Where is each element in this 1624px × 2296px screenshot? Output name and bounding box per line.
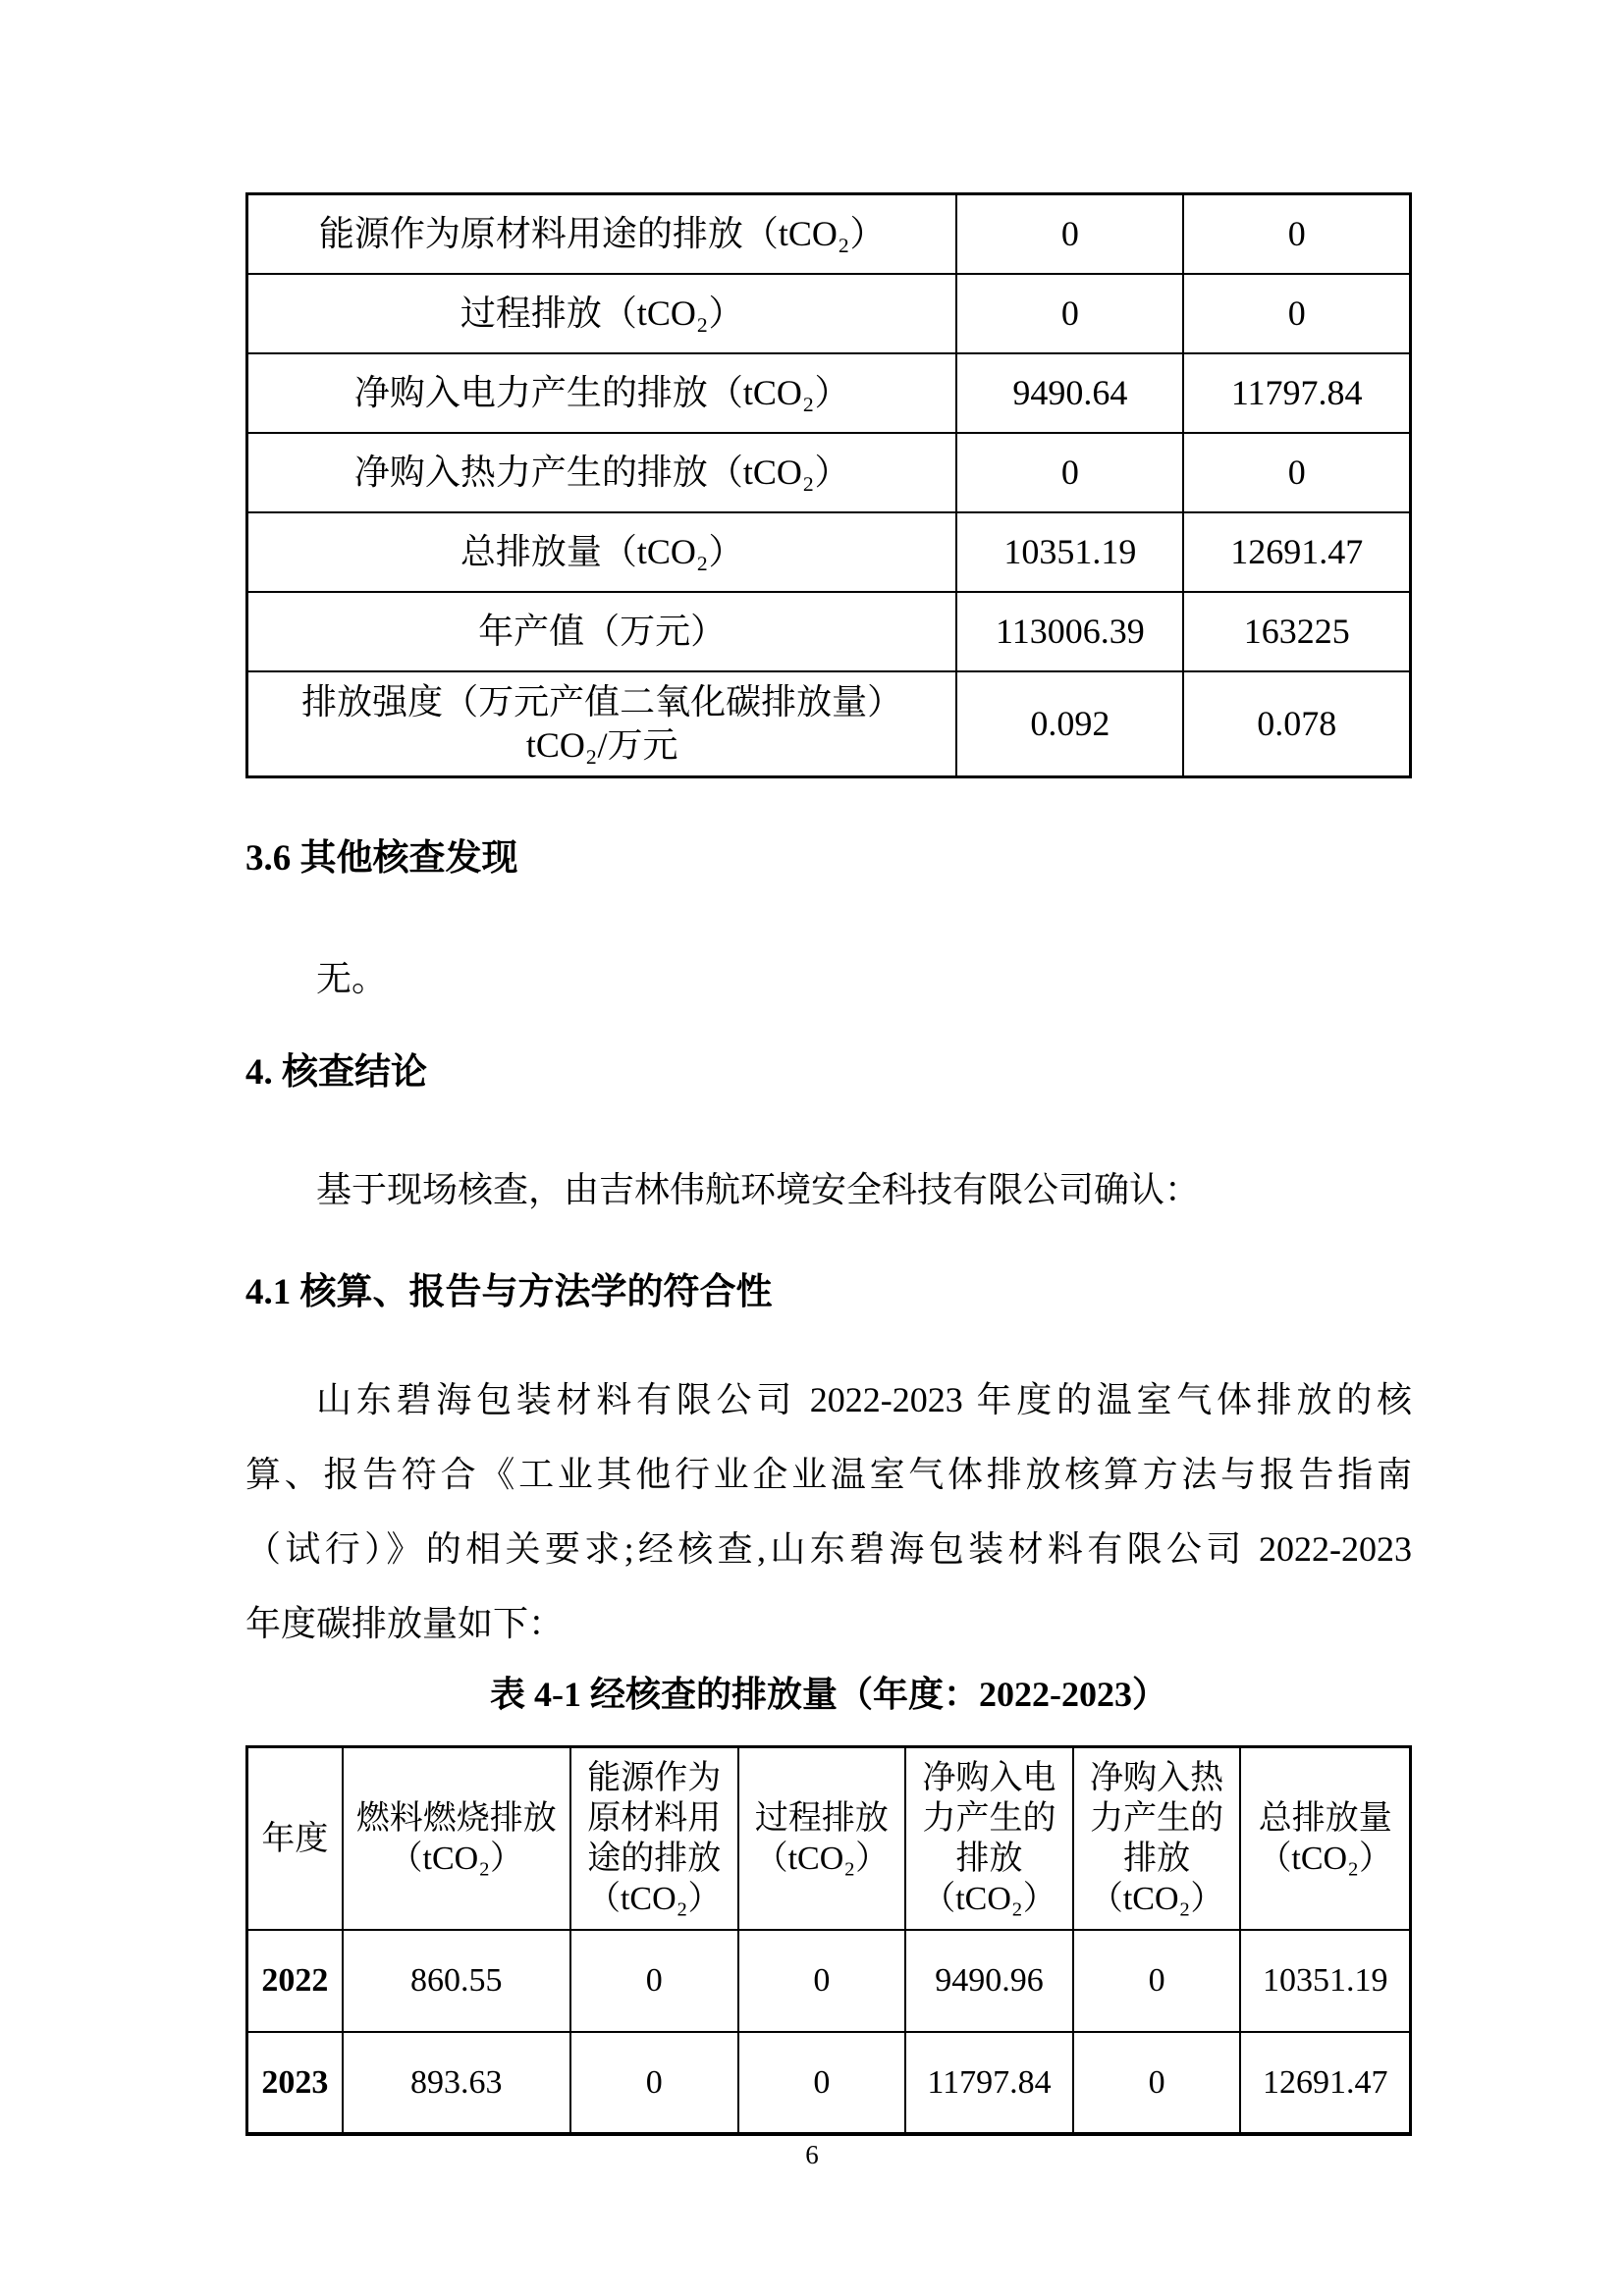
heading-3-6: 3.6 其他核查发现 [245,835,1412,882]
value-col1: 9490.64 [956,353,1183,433]
table-row: 排放强度（万元产值二氧化碳排放量） tCO₂/万元 0.092 0.078 [247,671,1411,777]
value-col2: 11797.84 [1183,353,1410,433]
row-label: 净购入电力产生的排放（tCO₂） [247,353,957,433]
header-energy-as-material: 能源作为原材料用途的排放（tCO₂） [570,1747,738,1931]
header-process-emission: 过程排放（tCO₂） [738,1747,906,1931]
year-cell: 2023 [247,2032,343,2134]
table-row: 过程排放（tCO₂） 0 0 [247,274,1411,353]
value-col1: 0 [956,274,1183,353]
value-cell: 0 [738,2032,906,2134]
header-fuel-combustion: 燃料燃烧排放（tCO₂） [343,1747,570,1931]
value-cell: 11797.84 [905,2032,1073,2134]
value-col2: 0 [1183,433,1410,512]
emissions-summary-table: 能源作为原材料用途的排放（tCO₂） 0 0 过程排放（tCO₂） 0 0 净购… [245,192,1412,778]
year-cell: 2022 [247,1930,343,2032]
value-col1: 0.092 [956,671,1183,777]
value-col2: 12691.47 [1183,512,1410,592]
value-cell: 12691.47 [1240,2032,1410,2134]
table-header-row: 年度 燃料燃烧排放（tCO₂） 能源作为原材料用途的排放（tCO₂） 过程排放（… [247,1747,1411,1931]
paragraph-line: 算、报告符合《工业其他行业企业温室气体排放核算方法与报告指南 [245,1437,1412,1512]
paragraph-none: 无。 [245,955,1412,1002]
table-4-1-title: 表 4-1 经核查的排放量（年度：2022-2023） [245,1671,1412,1718]
value-col1: 113006.39 [956,592,1183,671]
value-cell: 860.55 [343,1930,570,2032]
table-row: 2023 893.63 0 0 11797.84 0 12691.47 [247,2032,1411,2134]
row-label: 能源作为原材料用途的排放（tCO₂） [247,194,957,274]
table-row: 净购入电力产生的排放（tCO₂） 9490.64 11797.84 [247,353,1411,433]
row-label-line1: 排放强度（万元产值二氧化碳排放量） [248,680,955,723]
paragraph-compliance: 山东碧海包装材料有限公司 2022-2023 年度的温室气体排放的核 算、报告符… [245,1362,1412,1661]
value-cell: 0 [738,1930,906,2032]
paragraph-line: 山东碧海包装材料有限公司 2022-2023 年度的温室气体排放的核 [245,1362,1412,1437]
value-cell: 0 [570,1930,738,2032]
header-purchased-electricity: 净购入电力产生的排放（tCO₂） [905,1747,1073,1931]
paragraph-confirmation: 基于现场核查，由吉林伟航环境安全科技有限公司确认： [245,1166,1412,1213]
table-row: 2022 860.55 0 0 9490.96 0 10351.19 [247,1930,1411,2032]
value-col2: 0.078 [1183,671,1410,777]
page-number: 6 [0,2140,1624,2170]
value-cell: 9490.96 [905,1930,1073,2032]
verified-emissions-table: 年度 燃料燃烧排放（tCO₂） 能源作为原材料用途的排放（tCO₂） 过程排放（… [245,1745,1412,2136]
paragraph-line: 年度碳排放量如下： [245,1586,1412,1661]
value-col1: 10351.19 [956,512,1183,592]
value-cell: 893.63 [343,2032,570,2134]
value-cell: 0 [570,2032,738,2134]
document-page: 能源作为原材料用途的排放（tCO₂） 0 0 过程排放（tCO₂） 0 0 净购… [0,0,1624,2296]
value-col2: 0 [1183,194,1410,274]
page-content: 能源作为原材料用途的排放（tCO₂） 0 0 过程排放（tCO₂） 0 0 净购… [0,192,1624,2136]
table-row: 净购入热力产生的排放（tCO₂） 0 0 [247,433,1411,512]
heading-4-1: 4.1 核算、报告与方法学的符合性 [245,1269,1412,1316]
row-label-line2: tCO₂/万元 [248,723,955,767]
row-label: 净购入热力产生的排放（tCO₂） [247,433,957,512]
row-label: 年产值（万元） [247,592,957,671]
value-cell: 10351.19 [1240,1930,1410,2032]
value-col2: 0 [1183,274,1410,353]
heading-4: 4. 核查结论 [245,1049,1412,1096]
value-col1: 0 [956,433,1183,512]
row-label: 过程排放（tCO₂） [247,274,957,353]
value-cell: 0 [1073,2032,1241,2134]
value-col2: 163225 [1183,592,1410,671]
header-year: 年度 [247,1747,343,1931]
value-cell: 0 [1073,1930,1241,2032]
row-label: 总排放量（tCO₂） [247,512,957,592]
header-total-emission: 总排放量（tCO₂） [1240,1747,1410,1931]
header-purchased-heat: 净购入热力产生的排放（tCO₂） [1073,1747,1241,1931]
value-col1: 0 [956,194,1183,274]
paragraph-line: （试行）》的相关要求;经核查,山东碧海包装材料有限公司 2022-2023 [245,1512,1412,1586]
row-label: 排放强度（万元产值二氧化碳排放量） tCO₂/万元 [247,671,957,777]
table-row: 年产值（万元） 113006.39 163225 [247,592,1411,671]
table-row: 总排放量（tCO₂） 10351.19 12691.47 [247,512,1411,592]
table-row: 能源作为原材料用途的排放（tCO₂） 0 0 [247,194,1411,274]
